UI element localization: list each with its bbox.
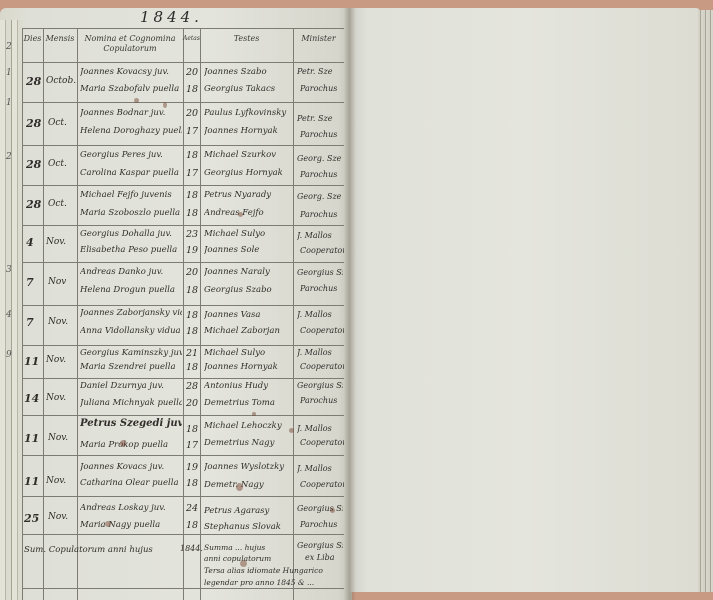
- header-nomina: Nomina et Cognomina Copulatorum: [78, 34, 182, 54]
- header-testes: Testes: [200, 34, 293, 44]
- year-heading: 1844.: [140, 8, 203, 26]
- ink-stain: [289, 428, 294, 433]
- entry-witness-1: Petrus Nyarady: [204, 190, 292, 200]
- entry-bride: Maria Szoboszlo puella: [80, 208, 182, 218]
- entry-day: 25: [24, 512, 39, 525]
- row-rule: [22, 145, 344, 146]
- ink-stain: [330, 508, 335, 513]
- entry-witness-1: Petrus Agarasy: [204, 506, 292, 516]
- ink-stain: [236, 483, 243, 491]
- column-rule: [183, 28, 184, 600]
- column-rule: [22, 28, 23, 600]
- entry-minister-title: Cooperator: [300, 480, 344, 489]
- entry-age-bride: 18: [186, 520, 198, 531]
- entry-minister: Georgius Sze: [297, 504, 343, 513]
- summary-note-line: Tersa alias idiomate Hungarico: [204, 566, 344, 575]
- row-rule: [22, 102, 344, 103]
- entry-month: Octob.: [46, 76, 76, 86]
- right-page-blank: [350, 8, 700, 592]
- entry-groom: Michael Fejfo juvenis: [80, 190, 182, 200]
- entry-minister-title: Parochus: [300, 84, 344, 93]
- entry-day: 7: [26, 316, 34, 329]
- row-rule: [22, 345, 344, 346]
- entry-bride: Helena Doroghazy puella: [80, 126, 182, 136]
- entry-minister: Georgius Sze: [297, 268, 343, 277]
- entry-witness-1: Michael Lehoczky: [204, 421, 292, 431]
- entry-minister-title: Parochus: [300, 130, 344, 139]
- entry-minister-title: Cooperator: [300, 438, 344, 447]
- entry-minister: Georg. Sze: [297, 154, 343, 163]
- entry-witness-1: Michael Sulyo: [204, 348, 292, 358]
- entry-month: Oct.: [48, 159, 67, 169]
- entry-witness-2: Andreas Fejfo: [204, 208, 292, 218]
- row-rule: [22, 534, 344, 535]
- row-rule: [22, 378, 344, 379]
- entry-minister: J. Mallos: [297, 348, 343, 357]
- entry-groom: Georgius Peres juv.: [80, 150, 182, 160]
- entry-witness-2: Joannes Hornyak: [204, 362, 292, 372]
- entry-minister-title: Cooperator: [300, 362, 344, 371]
- entry-age-groom: 21: [186, 348, 198, 359]
- row-rule: [22, 588, 344, 589]
- summary-note-line: anni copulatorum: [204, 554, 292, 563]
- entry-witness-1: Paulus Lyfkovinsky: [204, 108, 292, 118]
- summary-label: Sum. Copulatorum anni hujus: [24, 545, 182, 555]
- entry-age-groom: 20: [186, 67, 198, 78]
- entry-bride: Carolina Kaspar puella: [80, 168, 182, 178]
- entry-day: 11: [24, 475, 39, 488]
- header-minister: Minister: [293, 34, 344, 44]
- row-rule: [22, 225, 344, 226]
- entry-minister: J. Mallos: [297, 231, 343, 240]
- entry-age-bride: 20: [186, 398, 198, 409]
- entry-age-groom: 18: [186, 310, 198, 321]
- entry-age-groom: 20: [186, 108, 198, 119]
- entry-month: Oct.: [48, 199, 67, 209]
- entry-day: 14: [24, 392, 39, 405]
- page-edges: [698, 10, 713, 592]
- entry-bride: Juliana Michnyak puella: [80, 398, 182, 408]
- summary-minister-line: ex Liba: [305, 553, 345, 562]
- entry-age-groom: 28: [186, 381, 198, 392]
- entry-witness-1: Joannes Naraly: [204, 267, 292, 277]
- ink-stain: [163, 102, 167, 108]
- entry-minister: Georgius Sze: [297, 381, 343, 390]
- header-aetas: Aetas: [183, 34, 200, 44]
- entry-witness-2: Joannes Sole: [204, 245, 292, 255]
- entry-minister-title: Cooperator: [300, 326, 344, 335]
- entry-age-bride: 18: [186, 362, 198, 373]
- entry-month: Nov.: [48, 317, 68, 327]
- entry-age-bride: 17: [186, 168, 198, 179]
- row-rule: [22, 415, 344, 416]
- header-mensis: Mensis: [43, 34, 77, 44]
- margin-number: 1: [6, 68, 12, 78]
- column-rule: [293, 28, 294, 600]
- entry-groom: Joannes Kovacsy juv.: [80, 67, 182, 77]
- entry-minister-title: Parochus: [300, 520, 344, 529]
- ink-stain: [238, 212, 243, 217]
- entry-minister: Petr. Sze: [297, 114, 343, 123]
- entry-bride: Catharina Olear puella: [80, 478, 182, 488]
- summary-note-line: Summa ... hujus: [204, 543, 292, 552]
- entry-month: Nov.: [46, 355, 66, 365]
- margin-number: 2: [6, 152, 12, 162]
- entry-witness-2: Michael Zaborjan: [204, 326, 292, 336]
- entry-witness-2: Demetrius Toma: [204, 398, 292, 408]
- entry-witness-2: Demetrius Nagy: [204, 438, 292, 448]
- entry-day: 4: [26, 236, 34, 249]
- entry-minister-title: Parochus: [300, 210, 344, 219]
- entry-age-bride: 18: [186, 478, 198, 489]
- entry-bride: Elisabetha Peso puella: [80, 245, 182, 255]
- entry-month: Nov.: [48, 512, 68, 522]
- entry-day: 11: [24, 355, 39, 368]
- entry-day: 28: [26, 117, 41, 130]
- entry-minister-title: Cooperator: [300, 246, 344, 255]
- header-dies: Dies: [22, 34, 43, 44]
- summary-note-line: legendar pro anno 1845 & ...: [204, 578, 344, 587]
- margin-number: 9: [6, 350, 12, 360]
- entry-groom: Andreas Loskay juv.: [80, 503, 182, 513]
- entry-age-bride: 18: [186, 285, 198, 296]
- entry-witness-1: Joannes Wyslotzky: [204, 462, 292, 472]
- entry-groom: Joannes Zaborjansky viduus: [80, 308, 182, 318]
- entry-bride: Maria Prokop puella: [80, 440, 182, 450]
- ink-stain: [252, 412, 256, 416]
- entry-groom: Georgius Dohalla juv.: [80, 229, 182, 239]
- entry-age-groom: 23: [186, 229, 198, 240]
- entry-witness-2: Joannes Hornyak: [204, 126, 292, 136]
- ink-stain: [120, 440, 126, 447]
- entry-witness-1: Michael Szurkov: [204, 150, 292, 160]
- entry-groom: Joannes Bodnar juv.: [80, 108, 182, 118]
- entry-month: Nov.: [46, 393, 66, 403]
- entry-minister: J. Mallos: [297, 310, 343, 319]
- row-rule: [22, 62, 344, 63]
- entry-age-bride: 17: [186, 440, 198, 451]
- entry-witness-2: Georgius Hornyak: [204, 168, 292, 178]
- column-rule: [200, 28, 201, 600]
- ink-stain: [134, 98, 139, 103]
- entry-minister: Georg. Sze: [297, 192, 343, 201]
- margin-number: 1: [6, 98, 12, 108]
- entry-month: Nov: [48, 277, 66, 287]
- margin-number: 2: [6, 42, 12, 52]
- entry-day: 11: [24, 432, 39, 445]
- entry-witness-2: Georgius Takacs: [204, 84, 292, 94]
- entry-groom: Andreas Danko juv.: [80, 267, 182, 277]
- entry-age-groom: 19: [186, 462, 198, 473]
- entry-witness-2: Demetr. Nagy: [204, 480, 292, 490]
- ledger-book: 2 1 1 2 3 4 9 1844. Dies Mensis Nomina e…: [0, 0, 713, 600]
- ink-stain: [105, 521, 111, 527]
- entry-day: 28: [26, 75, 41, 88]
- entry-groom: Georgius Kaminszky juv.: [80, 348, 182, 358]
- row-rule: [22, 305, 344, 306]
- entry-bride: Maria Nagy puella: [80, 520, 182, 530]
- entry-age-bride: 19: [186, 245, 198, 256]
- entry-witness-1: Joannes Szabo: [204, 67, 292, 77]
- entry-day: 28: [26, 198, 41, 211]
- entry-bride: Anna Vidollansky vidua: [80, 326, 182, 336]
- summary-minister-line: Georgius Sze: [297, 541, 343, 550]
- entry-minister-title: Parochus: [300, 170, 344, 179]
- entry-groom: Joannes Kovacs juv.: [80, 462, 182, 472]
- entry-age-groom: 20: [186, 267, 198, 278]
- row-rule: [22, 455, 344, 456]
- row-rule: [22, 496, 344, 497]
- entry-bride: Maria Szendrei puella: [80, 362, 182, 372]
- book-gutter: [344, 8, 356, 600]
- entry-witness-1: Joannes Vasa: [204, 310, 292, 320]
- entry-witness-2: Georgius Szabo: [204, 285, 292, 295]
- entry-month: Nov.: [48, 433, 68, 443]
- entry-minister-title: Parochus: [300, 396, 344, 405]
- entry-age-groom: 18: [186, 190, 198, 201]
- entry-witness-1: Michael Sulyo: [204, 229, 292, 239]
- summary-year: 1844.: [180, 544, 203, 553]
- column-rule: [43, 28, 44, 600]
- row-rule: [22, 28, 344, 29]
- ink-stain: [240, 560, 247, 567]
- entry-age-bride: 18: [186, 84, 198, 95]
- entry-age-groom: 18: [186, 150, 198, 161]
- entry-age-bride: 17: [186, 126, 198, 137]
- entry-day: 7: [26, 276, 34, 289]
- entry-age-bride: 18: [186, 326, 198, 337]
- row-rule: [22, 185, 344, 186]
- row-rule: [22, 262, 344, 263]
- entry-groom: Daniel Dzurnya juv.: [80, 381, 182, 391]
- margin-number: 4: [6, 310, 12, 320]
- entry-day: 28: [26, 158, 41, 171]
- entry-age-groom: 18: [186, 424, 198, 435]
- entry-witness-2: Stephanus Slovak: [204, 522, 292, 532]
- entry-minister: J. Mallos: [297, 424, 343, 433]
- entry-month: Nov.: [46, 237, 66, 247]
- entry-groom: Petrus Szegedi juvenis: [80, 418, 182, 429]
- entry-minister: J. Mallos: [297, 464, 343, 473]
- entry-age-groom: 24: [186, 503, 198, 514]
- entry-witness-1: Antonius Hudy: [204, 381, 292, 391]
- entry-month: Oct.: [48, 118, 67, 128]
- entry-age-bride: 18: [186, 208, 198, 219]
- column-rule: [77, 28, 78, 600]
- margin-number: 3: [6, 265, 12, 275]
- entry-bride: Maria Szabofalv puella: [80, 84, 182, 94]
- entry-month: Nov.: [46, 476, 66, 486]
- entry-minister-title: Parochus: [300, 284, 344, 293]
- entry-minister: Petr. Sze: [297, 67, 343, 76]
- entry-bride: Helena Drogun puella: [80, 285, 182, 295]
